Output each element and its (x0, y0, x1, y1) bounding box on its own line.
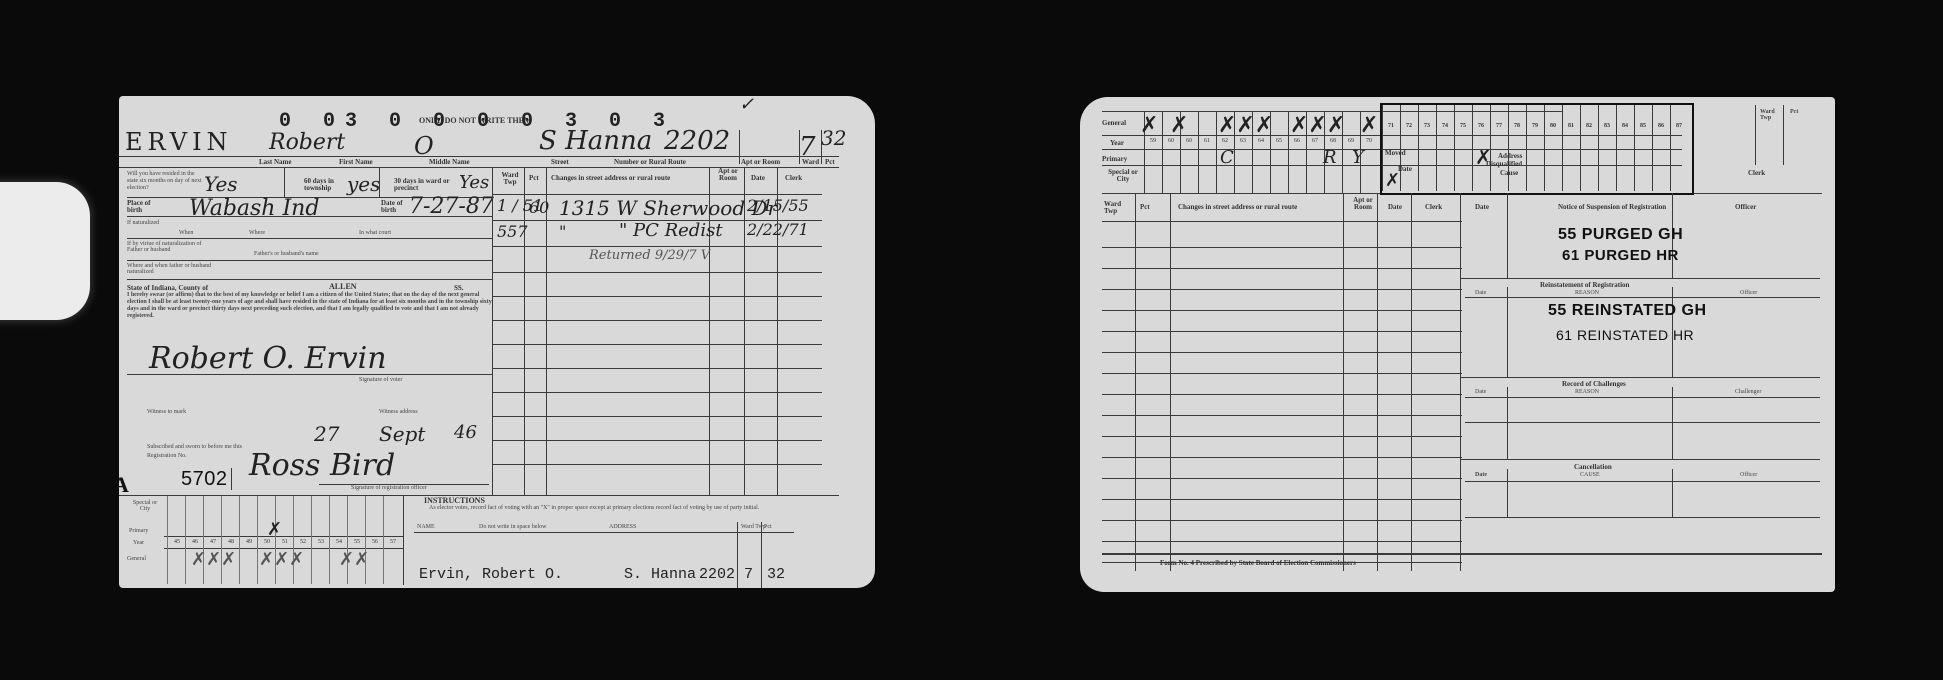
registration-no-label: Registration No. (147, 453, 187, 459)
year-cell: 52 (293, 539, 312, 548)
table-row (1102, 436, 1462, 437)
father-naturalized-label: Where and when father or husband natural… (127, 263, 217, 275)
precinct-value: 32 (821, 126, 846, 150)
by-virtue-label: If by virtue of naturalization of Father… (127, 241, 212, 253)
oath-text: I hereby swear (or affirm) that to the b… (127, 292, 492, 320)
year-cell: 53 (311, 539, 330, 548)
general-mark: ✗✗✗ (1218, 115, 1273, 137)
suspension-title: Notice of Suspension of Registration (1558, 203, 1666, 211)
year-cell: 45 (167, 539, 186, 548)
challenges-challenger-header: Challenger (1735, 389, 1761, 395)
grid-label-special: Special or City (129, 500, 161, 512)
birthdate-label: Date of birth (381, 200, 411, 214)
primary-mark-74: ✗ (1475, 147, 1492, 167)
row1-pct: 60 (529, 198, 549, 217)
table-row (1102, 541, 1462, 542)
clerk-label: Clerk (1748, 169, 1765, 177)
year-cell: 66 (1288, 138, 1306, 144)
witness-mark-label: Witness to mark (147, 409, 186, 415)
col-apt: Apt or Room (1348, 197, 1378, 211)
sworn-day: 27 (314, 422, 339, 446)
officer-signature: Ross Bird (249, 448, 395, 483)
birthplace-label: Place of birth (127, 200, 167, 214)
residency-state-answer: Yes (204, 172, 238, 196)
primary-mark: ✗ (267, 521, 282, 539)
year-cell: 70 (1360, 138, 1378, 144)
middle-name-label: Middle Name (429, 158, 470, 166)
year-cell: 72 (1400, 123, 1418, 129)
reinstatement-officer-header: Officer (1740, 290, 1757, 296)
table-row (1102, 352, 1462, 353)
year-cell: 46 (185, 539, 204, 548)
grid-label-general: General (127, 556, 146, 562)
table-row (1102, 247, 1462, 248)
year-cell: 55 (347, 539, 366, 548)
table-row (1102, 394, 1462, 395)
stub-name-label: NAME (417, 524, 435, 530)
grid-label-general: General (1102, 119, 1126, 127)
year-cell: 65 (1270, 138, 1288, 144)
table-row (1102, 499, 1462, 500)
col-apt: Apt or Room (714, 168, 742, 182)
naturalized-when-label: When (179, 230, 193, 236)
year-cell: 79 (1526, 123, 1544, 129)
check-mark: ✓ (739, 96, 754, 115)
cancellation-officer-header: Officer (1740, 472, 1757, 478)
year-cell: 80 (1544, 123, 1562, 129)
stub-ward-label: Ward Twp (741, 524, 766, 530)
col-clerk: Clerk (1425, 203, 1442, 211)
year-cell: 63 (1234, 138, 1252, 144)
registration-card-front: ONLY. DO NOT WRITE THEM 0 03 0 0 0 0 3 0… (119, 96, 875, 588)
year-cell: 54 (329, 539, 348, 548)
naturalized-label: If naturalized (127, 220, 159, 226)
date-label: Date (1398, 165, 1412, 173)
number-label: Number or Rural Route (614, 158, 686, 166)
year-cell: 87 (1670, 123, 1688, 129)
general-mark: ✗ (1140, 115, 1158, 137)
suspension-entry-2: 61 PURGED HR (1562, 247, 1679, 264)
father-name-label: Father's or husband's name (254, 251, 319, 257)
row2-date: 2/22/71 (747, 220, 809, 239)
col-date: Date (1388, 203, 1402, 211)
row2-pct: " (559, 222, 566, 241)
registration-card-back: General Year Primary Special or City 596… (1080, 97, 1835, 592)
stub-do-not-write: Do not write in space below (479, 524, 546, 530)
year-cell: 64 (1252, 138, 1270, 144)
officer-signature-label: Signature of registration officer (351, 485, 427, 491)
year-cell: 73 (1418, 123, 1436, 129)
apt-label: Apt or Room (741, 158, 780, 166)
pct-label: Pct (1790, 109, 1798, 115)
year-cell: 51 (275, 539, 294, 548)
instructions-text: As elector votes, record fact of voting … (429, 505, 799, 512)
year-cell: 62 (1216, 138, 1234, 144)
grid-label-year: Year (1110, 139, 1124, 147)
year-cell: 69 (1342, 138, 1360, 144)
township-answer: yes (347, 172, 380, 196)
county-value: ALLEN (329, 282, 357, 291)
registration-number: 5702 (181, 468, 228, 491)
row3-address: Returned 9/29/7 V (589, 248, 710, 263)
typed-pct: 32 (767, 566, 785, 583)
suspension-officer-header: Officer (1735, 203, 1756, 211)
first-name-value: Robert (269, 130, 345, 155)
cancellation-title: Cancellation (1574, 463, 1612, 471)
row2-ward: 557 (497, 222, 528, 241)
reinstatement-reason-header: REASON (1575, 290, 1599, 296)
ward-twp-label: Ward Twp (1760, 109, 1782, 121)
year-cell: 83 (1598, 123, 1616, 129)
table-row (1102, 373, 1462, 374)
grid-label-primary: Primary (1102, 155, 1127, 163)
year-cell: 77 (1490, 123, 1508, 129)
general-mark: ✗✗ (339, 551, 369, 569)
primary-mark-62: C (1220, 147, 1234, 168)
reinstatement-entry-1: 55 REINSTATED GH (1548, 302, 1707, 320)
residency-state-question: Will you have resided in the state six m… (127, 171, 202, 192)
ward-label: Ward (802, 158, 819, 166)
general-mark: ✗ (1170, 115, 1188, 137)
last-name-value: ERVIN (125, 128, 233, 156)
col-pct: Pct (529, 174, 539, 182)
form-footer: Form No. 4 Prescribed by State Board of … (1160, 559, 1356, 567)
naturalized-where-label: Where (249, 230, 265, 236)
cause-label: Cause (1500, 169, 1518, 177)
reinstatement-entry-2: 61 REINSTATED HR (1556, 327, 1694, 343)
typed-street: S. Hanna (624, 566, 696, 583)
col-ward-twp: Ward Twp (1104, 201, 1132, 215)
year-cell: 60 (1180, 138, 1198, 144)
signature-voter-label: Signature of voter (359, 377, 402, 383)
challenges-date-header: Date (1475, 389, 1486, 395)
year-cell: 61 (1198, 138, 1216, 144)
year-cell: 75 (1454, 123, 1472, 129)
year-cell: 82 (1580, 123, 1598, 129)
typed-number: 2202 (699, 566, 735, 583)
col-address-change: Changes in street address or rural route (551, 174, 670, 182)
general-mark: ✗✗✗ (191, 551, 236, 569)
ss-label: SS. (454, 284, 464, 292)
grid-label-primary: Primary (129, 528, 148, 534)
col-clerk: Clerk (785, 174, 802, 182)
instructions-title: INSTRUCTIONS (424, 496, 485, 505)
year-cell: 67 (1306, 138, 1324, 144)
year-cell: 71 (1382, 123, 1400, 129)
grid-label-year: Year (133, 540, 144, 546)
last-name-label: Last Name (259, 158, 291, 166)
cancellation-cause-header: CAUSE (1580, 472, 1600, 478)
suspension-entry-1: 55 PURGED GH (1558, 226, 1683, 244)
precinct-answer: Yes (459, 172, 489, 193)
suspension-date-header: Date (1475, 203, 1489, 211)
table-row (1102, 289, 1462, 290)
year-cell: 48 (221, 539, 240, 548)
general-mark: ✗✗✗ (1290, 115, 1345, 137)
table-row (1102, 310, 1462, 311)
row1-date: 2/15/55 (747, 196, 809, 215)
state-county-label: State of Indiana, County of (127, 284, 208, 292)
sworn-month: Sept (379, 422, 425, 446)
col-date: Date (751, 174, 765, 182)
year-cell: 50 (257, 539, 276, 548)
year-cell: 78 (1508, 123, 1526, 129)
typed-ward: 7 (744, 566, 753, 583)
year-cell: 47 (203, 539, 222, 548)
naturalized-court-label: In what court (359, 230, 391, 236)
col-address-change: Changes in street address or rural route (1178, 203, 1297, 211)
house-number-value: 2202 (664, 126, 730, 156)
challenges-title: Record of Challenges (1562, 380, 1626, 388)
year-cell: 76 (1472, 123, 1490, 129)
row1-address: 1315 W Sherwood Dr (559, 196, 777, 220)
year-cell: 59 (1144, 138, 1162, 144)
typed-name: Ervin, Robert O. (419, 566, 563, 583)
general-mark: ✗✗✗ (259, 551, 304, 569)
challenges-reason-header: REASON (1575, 389, 1599, 395)
stub-address-label: ADDRESS (609, 524, 636, 530)
table-row (1102, 457, 1462, 458)
witness-address-label: Witness address (379, 409, 418, 415)
cancellation-date-header: Date (1475, 472, 1487, 478)
table-row (1102, 415, 1462, 416)
moved-box (1380, 103, 1694, 195)
first-name-label: First Name (339, 158, 373, 166)
year-cell: 74 (1436, 123, 1454, 129)
year-cell: 57 (383, 539, 402, 548)
year-cell: 81 (1562, 123, 1580, 129)
table-row (1102, 268, 1462, 269)
primary-mark-68: R (1323, 147, 1337, 168)
year-cell: 86 (1652, 123, 1670, 129)
special-mark: ✗ (1385, 172, 1400, 190)
reinstatement-title: Reinstatement of Registration (1540, 281, 1629, 289)
primary-mark-70: Y (1352, 147, 1364, 168)
table-row (1102, 520, 1462, 521)
sworn-year: 46 (454, 422, 477, 443)
moved-label: Moved (1385, 149, 1406, 157)
reinstatement-date-header: Date (1475, 290, 1486, 296)
address-label: Address (1498, 152, 1522, 160)
street-value: S Hanna (539, 126, 652, 156)
year-cell: 68 (1324, 138, 1342, 144)
year-cell: 56 (365, 539, 384, 548)
subscribed-label: Subscribed and sworn to before me this (147, 444, 242, 450)
general-mark: ✗ (1360, 115, 1378, 137)
year-cell: 49 (239, 539, 258, 548)
voter-signature: Robert O. Ervin (149, 341, 387, 376)
street-label: Street (551, 158, 569, 166)
grid-label-special: Special or City (1108, 169, 1138, 183)
table-row (1102, 331, 1462, 332)
previous-card-edge (0, 182, 90, 320)
birthplace-value: Wabash Ind (189, 196, 319, 221)
row2-address: " PC Redist (619, 220, 723, 241)
col-pct: Pct (1140, 203, 1150, 211)
year-cell: 85 (1634, 123, 1652, 129)
pct-label: Pct (825, 158, 835, 166)
year-cell: 60 (1162, 138, 1180, 144)
precinct-question: 30 days in ward or precinct (394, 178, 452, 192)
table-row (1102, 478, 1462, 479)
year-cell: 84 (1616, 123, 1634, 129)
township-question: 60 days in township (304, 178, 344, 192)
stub-pct-label: Pct (764, 524, 772, 530)
col-ward-twp: Ward Twp (497, 172, 523, 186)
